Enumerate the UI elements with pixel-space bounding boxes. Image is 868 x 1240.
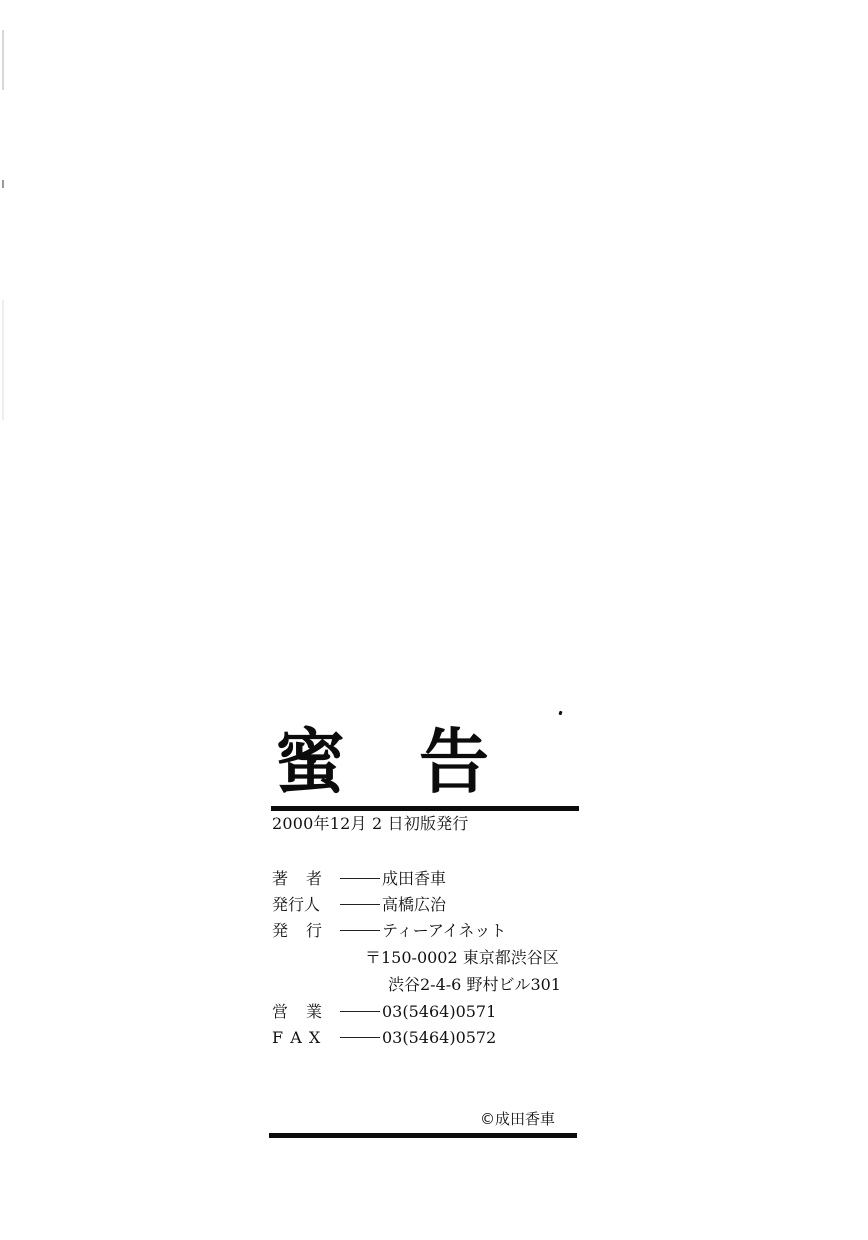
address-line-1: 〒150-0002 東京都渋谷区 — [365, 947, 559, 969]
sales-label-char: 営 — [272, 1001, 288, 1023]
credit-row-publisher-person: 発行人高橋広治 — [272, 894, 446, 916]
em-dash-rule — [340, 930, 380, 931]
publisher-label: 発 行 — [272, 920, 322, 942]
em-dash-rule — [340, 1037, 380, 1038]
sales-label: 営 業 — [272, 1001, 322, 1023]
publication-date: 2000年12月 2 日初版発行 — [272, 814, 469, 834]
title-rule — [271, 806, 579, 811]
author-label: 著 者 — [272, 868, 322, 890]
fax-label: F A X — [272, 1027, 338, 1049]
scan-edge-mark — [2, 300, 4, 420]
credit-row-author: 著 者 成田香車 — [272, 868, 446, 890]
em-dash-rule — [340, 904, 380, 905]
author-label-char: 著 — [272, 868, 288, 890]
em-dash-rule — [340, 1011, 380, 1012]
em-dash-rule — [340, 878, 380, 879]
footer-rule — [269, 1133, 577, 1138]
credit-row-sales: 営 業 03(5464)0571 — [272, 1001, 496, 1023]
ink-speck — [558, 711, 562, 716]
publisher-label-char: 行 — [306, 920, 322, 942]
publisher-person-name: 高橋広治 — [382, 894, 446, 916]
author-name: 成田香車 — [382, 868, 446, 890]
publisher-label-char: 発 — [272, 920, 288, 942]
title-char-2: 告 — [419, 722, 489, 802]
copyright-notice: ©成田香車 — [480, 1109, 555, 1129]
credit-row-publisher: 発 行 ティーアイネット — [272, 920, 506, 942]
fax-number: 03(5464)0572 — [382, 1027, 496, 1049]
title-char-1: 蜜 — [275, 722, 345, 802]
publisher-person-label: 発行人 — [272, 894, 338, 916]
credit-row-fax: F A X03(5464)0572 — [272, 1027, 496, 1049]
address-line-2: 渋谷2-4-6 野村ビル301 — [388, 974, 561, 996]
scan-edge-mark — [2, 180, 4, 188]
publisher-name: ティーアイネット — [382, 920, 506, 942]
sales-label-char: 業 — [306, 1001, 322, 1023]
scan-edge-mark — [2, 30, 4, 90]
sales-phone: 03(5464)0571 — [382, 1001, 496, 1023]
book-title: 蜜 告 — [273, 722, 573, 802]
author-label-char: 者 — [306, 868, 322, 890]
